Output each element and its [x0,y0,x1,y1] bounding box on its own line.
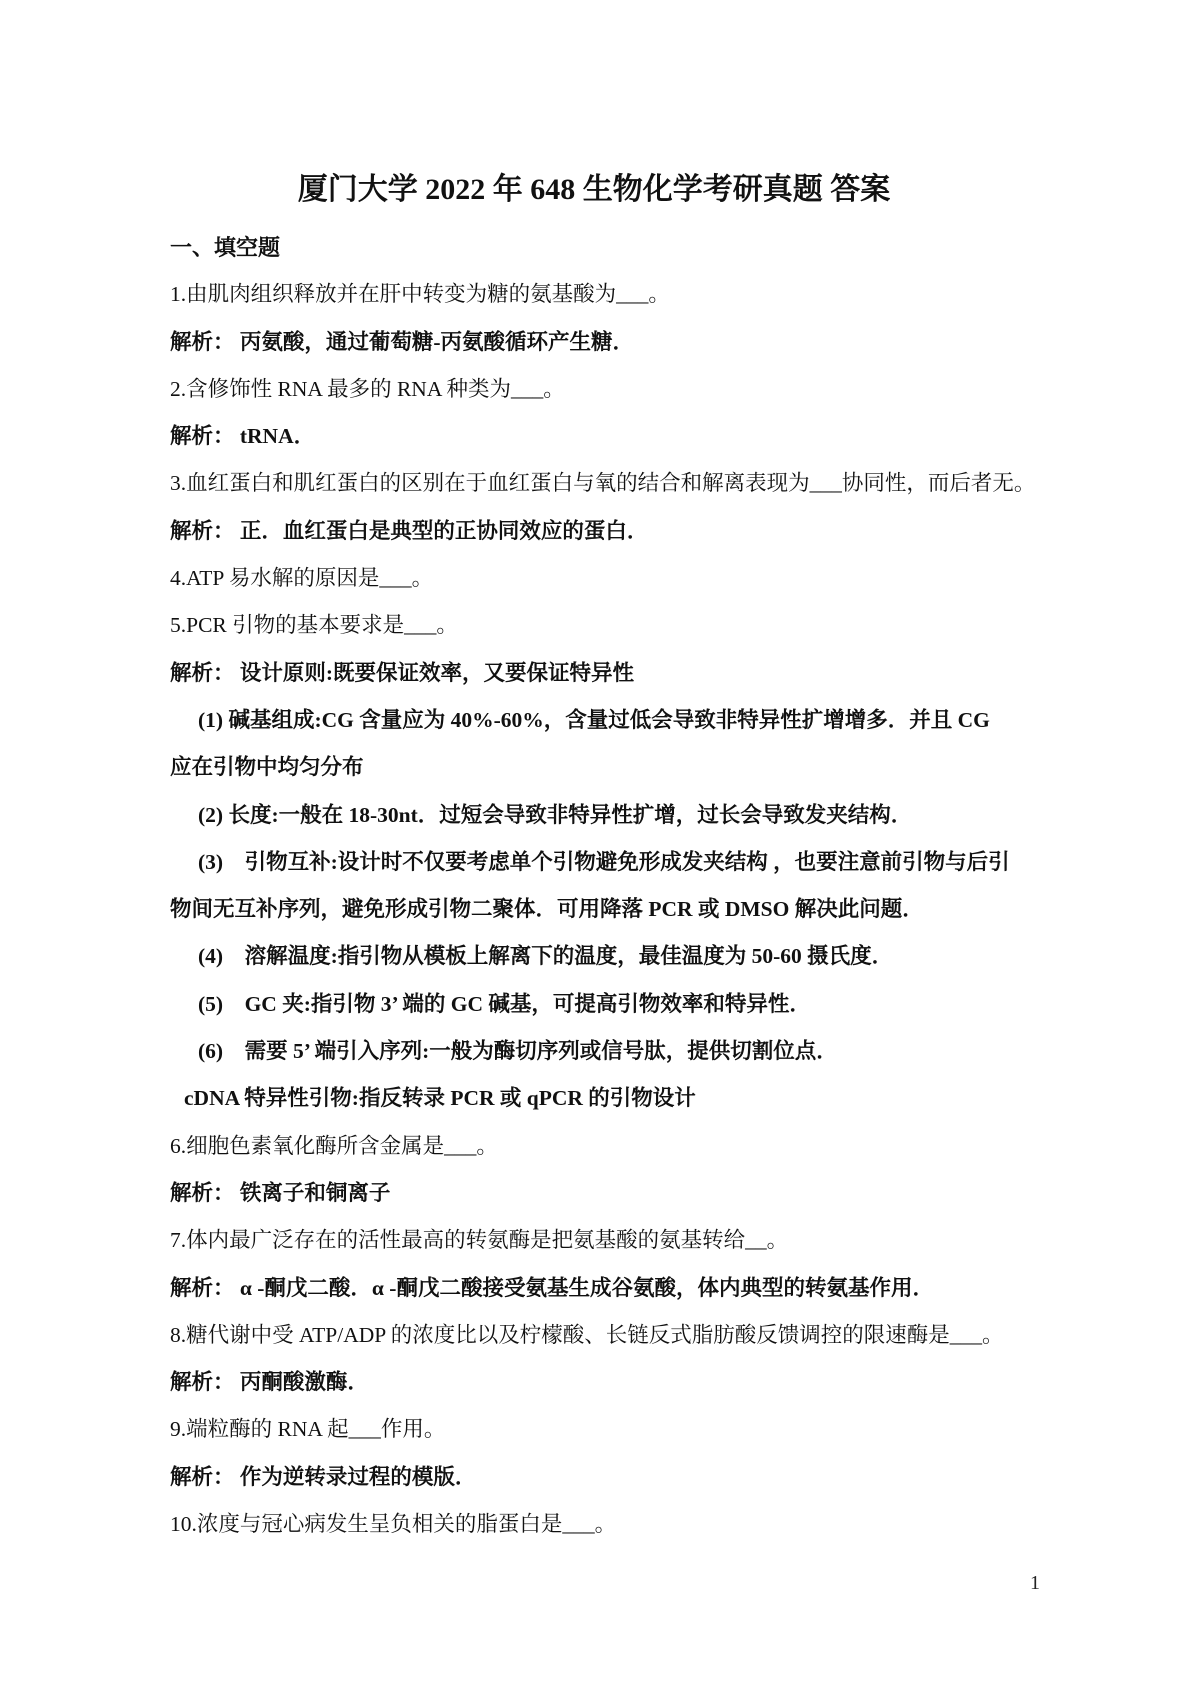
answer-line: 解析： α -酮戊二酸．α -酮戊二酸接受氨基生成谷氨酸，体内典型的转氨基作用． [170,1265,1018,1312]
answer-line: 解析： 铁离子和铜离子 [170,1170,1018,1217]
answer-line: 解析： 设计原则:既要保证效率，又要保证特异性 [170,650,1018,697]
document-body: 一、填空题 1.由肌肉组织释放并在肝中转变为糖的氨基酸为___。解析： 丙氨酸，… [170,224,1018,1548]
page-number: 1 [1030,1572,1040,1595]
answer-line: (1) 碱基组成:CG 含量应为 40%-60%，含量过低会导致非特异性扩增增多… [170,697,1018,744]
question-line: 5.PCR 引物的基本要求是___。 [170,602,1018,649]
answer-line: cDNA 特异性引物:指反转录 PCR 或 qPCR 的引物设计 [170,1075,1018,1122]
question-line: 2.含修饰性 RNA 最多的 RNA 种类为___。 [170,366,1018,413]
question-line: 8.糖代谢中受 ATP/ADP 的浓度比以及柠檬酸、长链反式脂肪酸反馈调控的限速… [170,1312,1018,1359]
document-page: 厦门大学 2022 年 648 生物化学考研真题 答案 一、填空题 1.由肌肉组… [0,0,1190,1683]
answer-line: 解析： 作为逆转录过程的模版． [170,1454,1018,1501]
answer-line: (2) 长度:一般在 18-30nt．过短会导致非特异性扩增，过长会导致发夹结构… [170,792,1018,839]
question-line: 4.ATP 易水解的原因是___。 [170,555,1018,602]
answer-line: (4) 溶解温度:指引物从模板上解离下的温度，最佳温度为 50-60 摄氏度． [170,933,1018,980]
question-line: 1.由肌肉组织释放并在肝中转变为糖的氨基酸为___。 [170,271,1018,318]
answer-line: (6) 需要 5’ 端引入序列:一般为酶切序列或信号肽，提供切割位点． [170,1028,1018,1075]
answer-line: 解析： 正．血红蛋白是典型的正协同效应的蛋白． [170,508,1018,555]
question-line: 6.细胞色素氧化酶所含金属是___。 [170,1123,1018,1170]
answer-line: 应在引物中均匀分布 [170,744,1018,791]
question-line: 3.血红蛋白和肌红蛋白的区别在于血红蛋白与氧的结合和解离表现为___协同性，而后… [170,460,1018,507]
answer-line: (3) 引物互补:设计时不仅要考虑单个引物避免形成发夹结构 ，也要注意前引物与后… [170,839,1018,886]
answer-line: 解析： 丙氨酸，通过葡萄糖-丙氨酸循环产生糖． [170,319,1018,366]
question-line: 10.浓度与冠心病发生呈负相关的脂蛋白是___。 [170,1501,1018,1548]
answer-line: (5) GC 夹:指引物 3’ 端的 GC 碱基，可提高引物效率和特异性． [170,981,1018,1028]
document-lines: 1.由肌肉组织释放并在肝中转变为糖的氨基酸为___。解析： 丙氨酸，通过葡萄糖-… [170,271,1018,1548]
section-heading: 一、填空题 [170,224,1018,271]
question-line: 7.体内最广泛存在的活性最高的转氨酶是把氨基酸的氨基转给__。 [170,1217,1018,1264]
page-title: 厦门大学 2022 年 648 生物化学考研真题 答案 [170,160,1018,220]
answer-line: 物间无互补序列，避免形成引物二聚体．可用降落 PCR 或 DMSO 解决此问题． [170,886,1018,933]
answer-line: 解析： 丙酮酸激酶． [170,1359,1018,1406]
answer-line: 解析： tRNA． [170,413,1018,460]
question-line: 9.端粒酶的 RNA 起___作用。 [170,1406,1018,1453]
